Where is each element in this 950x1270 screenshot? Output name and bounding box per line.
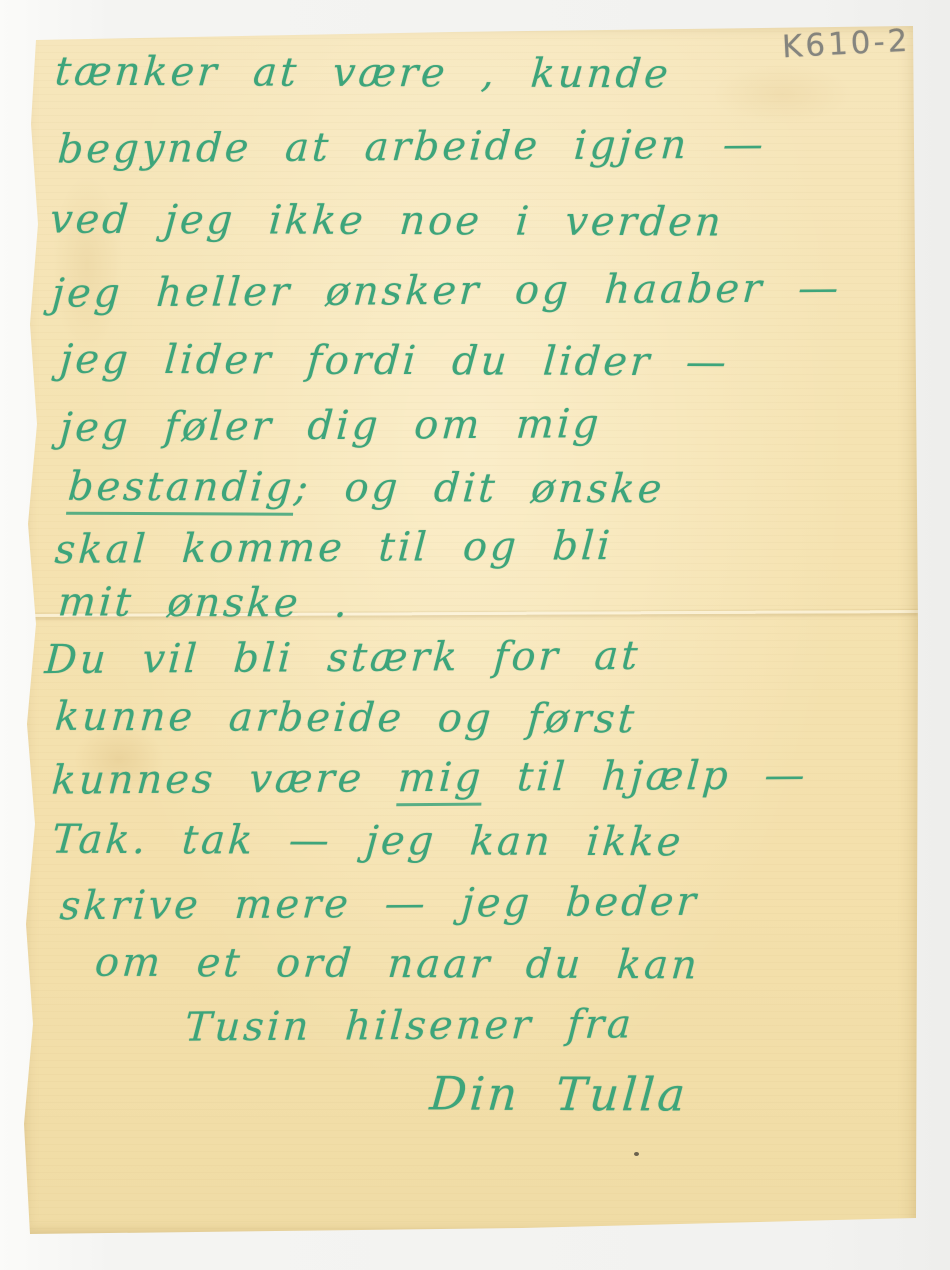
- handwritten-line-11: kunne arbeide og først: [53, 694, 638, 743]
- letter-page: K610-2 tænker at være , kunde begynde at…: [22, 24, 918, 1234]
- paper-stain: [712, 64, 852, 124]
- handwritten-line-4: jeg heller ønsker og haaber —: [50, 265, 842, 317]
- scan-background: K610-2 tænker at være , kunde begynde at…: [0, 0, 950, 1270]
- handwritten-line-3: ved jeg ikke noe i verden: [48, 197, 725, 246]
- ink-fleck: [634, 1152, 639, 1156]
- handwritten-line-9: mit ønske .: [56, 579, 352, 626]
- handwritten-line-12: kunnes være mig til hjælp —: [50, 752, 809, 803]
- handwritten-line-5: jeg lider fordi du lider —: [58, 337, 730, 386]
- handwritten-line-2: begynde at arbeide igjen —: [56, 122, 767, 173]
- handwritten-line-1: tænker at være , kunde: [53, 49, 672, 98]
- closing-line: Tusin hilsener fra: [183, 1001, 635, 1050]
- handwritten-line-13: Tak. tak — jeg kan ikke: [50, 817, 685, 866]
- handwritten-line-15: om et ord naar du kan: [93, 940, 701, 989]
- handwritten-line-14: skrive mere — jeg beder: [58, 879, 700, 929]
- catalog-number-pencil: K610-2: [781, 23, 911, 66]
- handwritten-line-6: jeg føler dig om mig: [58, 401, 603, 451]
- handwritten-line-7: bestandig; og dit ønske: [66, 464, 666, 513]
- handwritten-line-8: skal komme til og bli: [53, 523, 614, 573]
- handwritten-line-10: Du vil bli stærk for at: [43, 633, 641, 683]
- signature: Din Tulla: [428, 1066, 690, 1121]
